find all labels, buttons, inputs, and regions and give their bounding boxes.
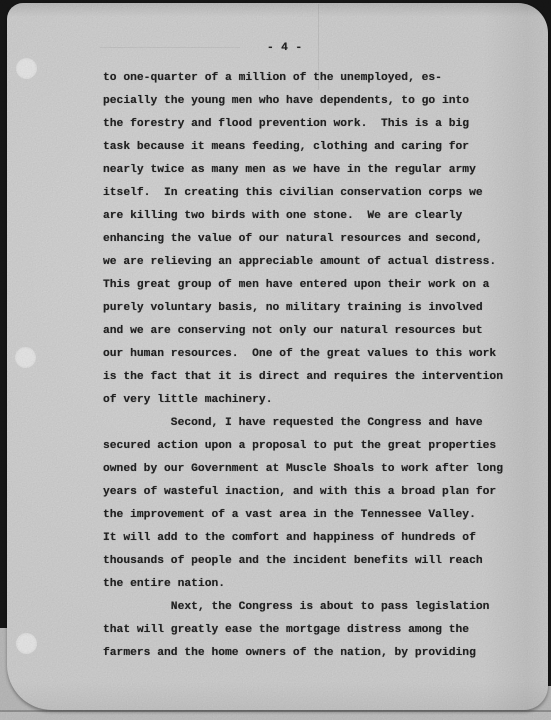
document-line: years of wasteful inaction, and with thi… [103,481,515,504]
document-line: is the fact that it is direct and requir… [103,366,515,389]
document-line: the forestry and flood prevention work. … [103,113,515,136]
document-line: purely voluntary basis, no military trai… [103,297,515,320]
document-line: to one-quarter of a million of the unemp… [103,67,515,90]
document-line: of very little machinery. [103,389,515,412]
document-lines: to one-quarter of a million of the unemp… [103,67,515,665]
document-line: secured action upon a proposal to put th… [103,435,515,458]
document-line: we are relieving an appreciable amount o… [103,251,515,274]
document-line: pecially the young men who have dependen… [103,90,515,113]
punch-hole-middle [15,347,36,368]
document-line: enhancing the value of our natural resou… [103,228,515,251]
document-line: are killing two birds with one stone. We… [103,205,515,228]
document-line: It will add to the comfort and happiness… [103,527,515,550]
punch-hole-top [16,58,37,79]
document-line: owned by our Government at Muscle Shoals… [103,458,515,481]
document-line: thousands of people and the incident ben… [103,550,515,573]
page-number: - 4 - [267,42,302,54]
document-line: that will greatly ease the mortgage dist… [103,619,515,642]
document-line: Second, I have requested the Congress an… [103,412,515,435]
scan-crease-horizontal [100,47,240,48]
punch-hole-bottom [16,633,37,654]
document-line: farmers and the home owners of the natio… [103,642,515,665]
document-line: This great group of men have entered upo… [103,274,515,297]
document-line: task because it means feeding, clothing … [103,136,515,159]
document-line: and we are conserving not only our natur… [103,320,515,343]
document-line: our human resources. One of the great va… [103,343,515,366]
document-line: nearly twice as many men as we have in t… [103,159,515,182]
scanned-document-page: - 4 - to one-quarter of a million of the… [0,0,551,720]
document-line: itself. In creating this civilian conser… [103,182,515,205]
page-bottom-edge [0,710,551,720]
document-line: the entire nation. [103,573,515,596]
document-line: the improvement of a vast area in the Te… [103,504,515,527]
document-line: Next, the Congress is about to pass legi… [103,596,515,619]
